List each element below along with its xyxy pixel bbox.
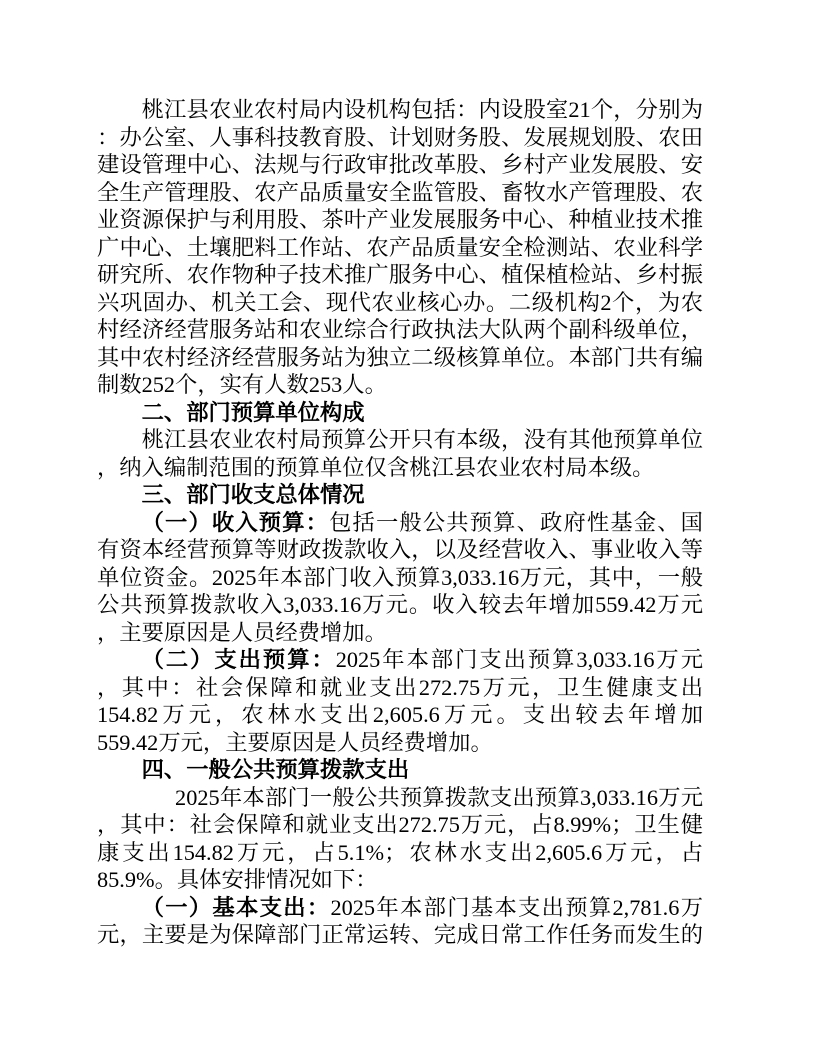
text-segment: 2025年本部门一般公共预算拨款支出预算3,033.16万元 <box>175 785 703 810</box>
text-line: （一）收入预算：包括一般公共预算、政府性基金、国 <box>97 509 703 537</box>
text-segment: 研究所、农作物种子技术推广服务中心、植保植检站、乡村振 <box>97 262 703 287</box>
text-line: 研究所、农作物种子技术推广服务中心、植保植检站、乡村振 <box>97 261 703 289</box>
text-segment: ，纳入编制范围的预算单位仅含桃江县农业农村局本级。 <box>97 455 654 480</box>
bold-text-segment: （一）收入预算： <box>142 510 330 535</box>
text-segment: 元，主要是为保障部门正常运转、完成日常工作任务而发生的 <box>97 922 703 947</box>
text-line: 154.82万元，农林水支出2,605.6万元。支出较去年增加 <box>97 701 703 729</box>
text-line: ，纳入编制范围的预算单位仅含桃江县农业农村局本级。 <box>97 454 703 482</box>
text-segment: 康支出154.82万元，占5.1%；农林水支出2,605.6万元，占 <box>97 840 703 865</box>
heading-line: 二、部门预算单位构成 <box>97 399 703 427</box>
text-line: 广中心、土壤肥料工作站、农产品质量安全检测站、农业科学 <box>97 234 703 262</box>
text-line: 康支出154.82万元，占5.1%；农林水支出2,605.6万元，占 <box>97 839 703 867</box>
text-line: 有资本经营预算等财政拨款收入，以及经营收入、事业收入等 <box>97 536 703 564</box>
text-line: 兴巩固办、机关工会、现代农业核心办。二级机构2个，为农 <box>97 289 703 317</box>
bold-text-segment: （一）基本支出： <box>142 895 331 920</box>
text-segment: 其中农村经济经营服务站为独立二级核算单位。本部门共有编 <box>97 345 703 370</box>
text-line: 其中农村经济经营服务站为独立二级核算单位。本部门共有编 <box>97 344 703 372</box>
bold-text-segment: 三、部门收支总体情况 <box>142 482 365 507</box>
text-line: ，其中：社会保障和就业支出272.75万元，卫生健康支出 <box>97 674 703 702</box>
text-segment: 桃江县农业农村局内设机构包括：内设股室21个，分别为 <box>142 97 703 122</box>
text-segment: 85.9%。具体安排情况如下： <box>97 867 378 892</box>
text-segment: ：办公室、人事科技教育股、计划财务股、发展规划股、农田 <box>97 125 703 150</box>
bold-text-segment: （二）支出预算： <box>142 647 336 672</box>
text-line: （一）基本支出：2025年本部门基本支出预算2,781.6万 <box>97 894 703 922</box>
text-line: 85.9%。具体安排情况如下： <box>97 866 703 894</box>
text-segment: 154.82万元，农林水支出2,605.6万元。支出较去年增加 <box>97 702 703 727</box>
text-segment: 2025年本部门支出预算3,033.16万元 <box>336 647 703 672</box>
text-line: 桃江县农业农村局内设机构包括：内设股室21个，分别为 <box>97 96 703 124</box>
text-line: 公共预算拨款收入3,033.16万元。收入较去年增加559.42万元 <box>97 591 703 619</box>
text-segment: 广中心、土壤肥料工作站、农产品质量安全检测站、农业科学 <box>97 235 703 260</box>
text-line: （二）支出预算：2025年本部门支出预算3,033.16万元 <box>97 646 703 674</box>
text-segment: 建设管理中心、法规与行政审批改革股、乡村产业发展股、安 <box>97 152 703 177</box>
text-segment: ，其中：社会保障和就业支出272.75万元，占8.99%；卫生健 <box>97 812 703 837</box>
text-segment: 公共预算拨款收入3,033.16万元。收入较去年增加559.42万元 <box>97 592 703 617</box>
text-segment: 单位资金。2025年本部门收入预算3,033.16万元，其中，一般 <box>97 565 703 590</box>
text-line: ：办公室、人事科技教育股、计划财务股、发展规划股、农田 <box>97 124 703 152</box>
text-line: 桃江县农业农村局预算公开只有本级，没有其他预算单位 <box>97 426 703 454</box>
text-line: 2025年本部门一般公共预算拨款支出预算3,033.16万元 <box>97 784 703 812</box>
text-line: ，主要原因是人员经费增加。 <box>97 619 703 647</box>
text-line: 单位资金。2025年本部门收入预算3,033.16万元，其中，一般 <box>97 564 703 592</box>
text-segment: 全生产管理股、农产品质量安全监管股、畜牧水产管理股、农 <box>97 180 703 205</box>
text-line: 559.42万元，主要原因是人员经费增加。 <box>97 729 703 757</box>
text-line: ，其中：社会保障和就业支出272.75万元，占8.99%；卫生健 <box>97 811 703 839</box>
text-segment: ，其中：社会保障和就业支出272.75万元，卫生健康支出 <box>97 675 703 700</box>
text-line: 全生产管理股、农产品质量安全监管股、畜牧水产管理股、农 <box>97 179 703 207</box>
text-segment: 559.42万元，主要原因是人员经费增加。 <box>97 730 493 755</box>
text-line: 制数252个，实有人数253人。 <box>97 371 703 399</box>
text-segment: 制数252个，实有人数253人。 <box>97 372 387 397</box>
text-segment: 业资源保护与利用股、茶叶产业发展服务中心、种植业技术推 <box>97 207 703 232</box>
text-line: 村经济经营服务站和农业综合行政执法大队两个副科级单位， <box>97 316 703 344</box>
text-segment: 包括一般公共预算、政府性基金、国 <box>329 510 703 535</box>
document-body: 桃江县农业农村局内设机构包括：内设股室21个，分别为：办公室、人事科技教育股、计… <box>97 96 703 949</box>
text-segment: 村经济经营服务站和农业综合行政执法大队两个副科级单位， <box>97 317 703 342</box>
text-line: 建设管理中心、法规与行政审批改革股、乡村产业发展股、安 <box>97 151 703 179</box>
page: 桃江县农业农村局内设机构包括：内设股室21个，分别为：办公室、人事科技教育股、计… <box>0 0 816 1056</box>
text-segment: 有资本经营预算等财政拨款收入，以及经营收入、事业收入等 <box>97 537 703 562</box>
text-segment: 桃江县农业农村局预算公开只有本级，没有其他预算单位 <box>142 427 703 452</box>
text-segment: ，主要原因是人员经费增加。 <box>97 620 387 645</box>
bold-text-segment: 四、一般公共预算拨款支出 <box>142 757 410 782</box>
bold-text-segment: 二、部门预算单位构成 <box>142 400 365 425</box>
text-line: 元，主要是为保障部门正常运转、完成日常工作任务而发生的 <box>97 921 703 949</box>
text-segment: 兴巩固办、机关工会、现代农业核心办。二级机构2个，为农 <box>97 290 703 315</box>
text-segment: 2025年本部门基本支出预算2,781.6万 <box>330 895 703 920</box>
text-line: 业资源保护与利用股、茶叶产业发展服务中心、种植业技术推 <box>97 206 703 234</box>
heading-line: 三、部门收支总体情况 <box>97 481 703 509</box>
heading-line: 四、一般公共预算拨款支出 <box>97 756 703 784</box>
